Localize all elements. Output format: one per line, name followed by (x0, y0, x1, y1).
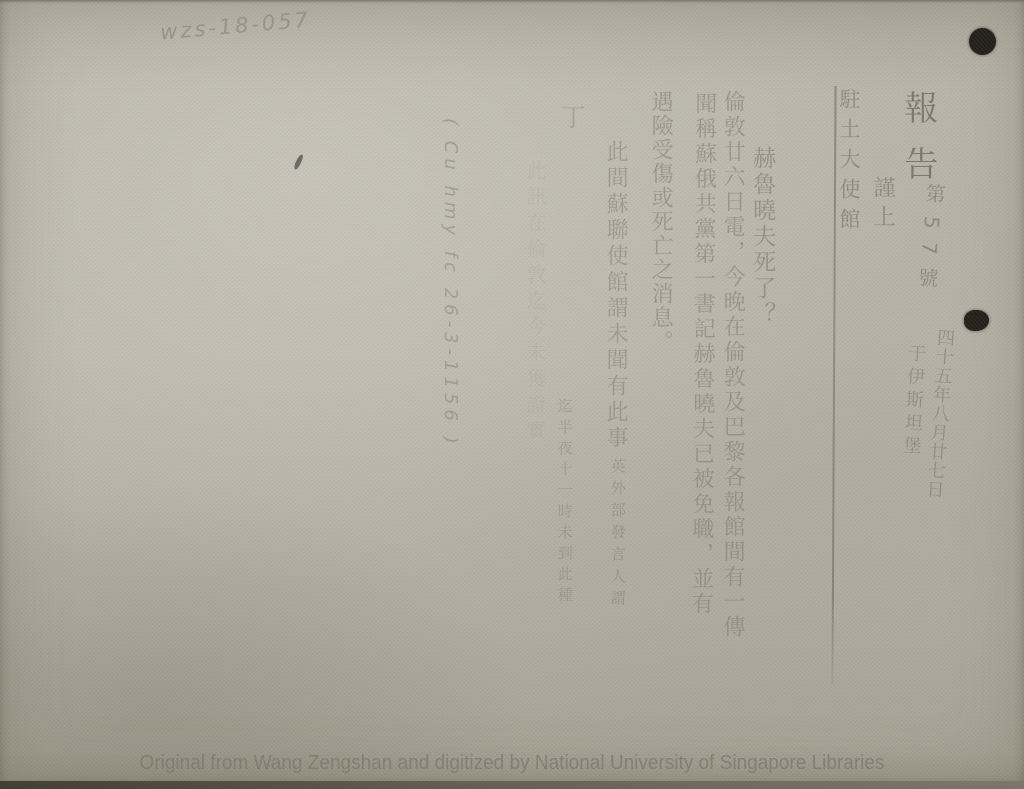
body-column-5: 此間蘇聯使館謂未聞有此事 (604, 140, 627, 452)
body-column-4: 遇險受傷或死亡之消息。 (649, 90, 672, 354)
vertical-rule (831, 86, 836, 684)
digitization-watermark: Original from Wang Zengshan and digitize… (26, 752, 999, 775)
body-column-6: 丁 (558, 104, 584, 129)
ink-speck (293, 154, 304, 171)
report-place: 于伊斯坦堡 (900, 344, 925, 460)
hole-punch-middle (964, 310, 989, 331)
scanned-document-page: wzs-18-057 報告 第57號 謹上 駐土大使館 四十五年八月廿七日 于伊… (0, 0, 1024, 789)
archive-code: wzs-18-057 (159, 7, 312, 44)
body-column-1: 赫魯曉夫死了？ (750, 146, 774, 328)
hole-punch-top (969, 28, 996, 55)
body-column-3: 聞稱蘇俄共黨第一書記赫魯曉夫已被免職，並有 (689, 92, 716, 617)
paper-bottom-edge (0, 781, 1024, 789)
annotation-small-right: 英外部發言人謂 (609, 458, 625, 612)
paper-texture-overlay (0, 0, 1024, 789)
annotation-small-left: 迄半夜十一時未到此種 (556, 398, 572, 608)
side-note-reference: ( Cu hmy fc 26-3-1156 ) (440, 118, 459, 449)
report-date: 四十五年八月廿七日 (923, 328, 954, 500)
salutation: 謹上 (871, 176, 894, 234)
faint-column: 此訊在倫敦迄今未獲證實 (524, 160, 545, 446)
body-column-2: 倫敦廿六日電，今晚在倫敦及巴黎各報館間有一傳 (721, 90, 744, 640)
paper-top-edge (0, 0, 1024, 3)
sender-embassy: 駐土大使館 (838, 88, 860, 238)
